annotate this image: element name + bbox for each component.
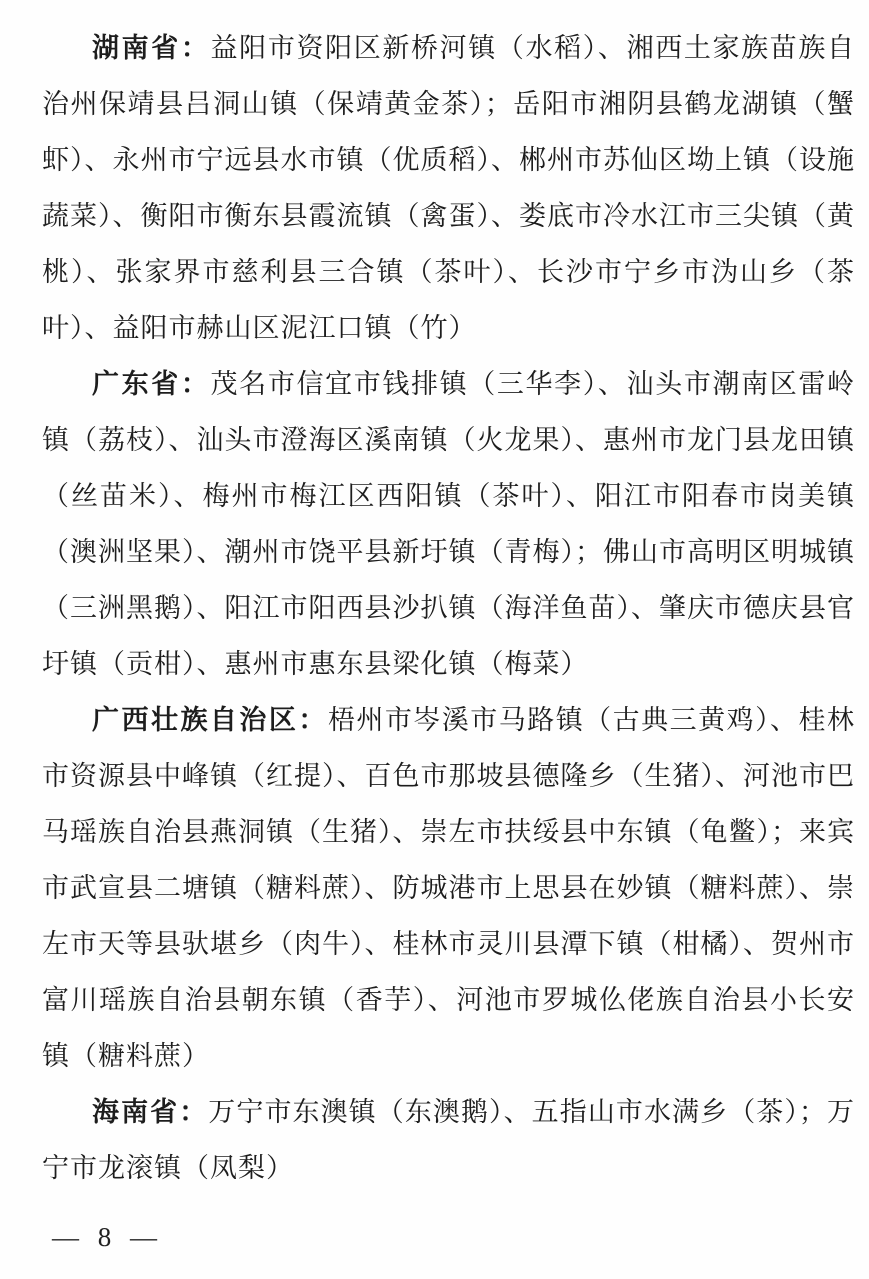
paragraph-text-hunan: 益阳市资阳区新桥河镇（水稻）、湘西土家族苗族自治州保靖县吕洞山镇（保靖黄金茶）；… bbox=[42, 33, 855, 343]
page-footer: — 8 — bbox=[52, 1222, 163, 1253]
province-label-guangdong: 广东省： bbox=[92, 369, 211, 399]
page-number: — 8 — bbox=[52, 1222, 163, 1252]
paragraph-hainan: 海南省：万宁市东澳镇（东澳鹅）、五指山市水满乡（茶）；万宁市龙滚镇（凤梨） bbox=[42, 1084, 855, 1196]
paragraph-text-guangxi: 梧州市岑溪市马路镇（古典三黄鸡）、桂林市资源县中峰镇（红提）、百色市那坡县德隆乡… bbox=[42, 705, 855, 1071]
province-label-guangxi: 广西壮族自治区： bbox=[92, 705, 328, 735]
paragraph-guangdong: 广东省：茂名市信宜市钱排镇（三华李）、汕头市潮南区雷岭镇（荔枝）、汕头市澄海区溪… bbox=[42, 356, 855, 692]
document-content: 湖南省：益阳市资阳区新桥河镇（水稻）、湘西土家族苗族自治州保靖县吕洞山镇（保靖黄… bbox=[0, 0, 869, 1196]
paragraph-hunan: 湖南省：益阳市资阳区新桥河镇（水稻）、湘西土家族苗族自治州保靖县吕洞山镇（保靖黄… bbox=[42, 20, 855, 356]
document-page: 湖南省：益阳市资阳区新桥河镇（水稻）、湘西土家族苗族自治州保靖县吕洞山镇（保靖黄… bbox=[0, 0, 869, 1279]
paragraph-text-guangdong: 茂名市信宜市钱排镇（三华李）、汕头市潮南区雷岭镇（荔枝）、汕头市澄海区溪南镇（火… bbox=[42, 369, 855, 679]
province-label-hainan: 海南省： bbox=[92, 1097, 208, 1127]
province-label-hunan: 湖南省： bbox=[92, 33, 211, 63]
paragraph-guangxi: 广西壮族自治区：梧州市岑溪市马路镇（古典三黄鸡）、桂林市资源县中峰镇（红提）、百… bbox=[42, 692, 855, 1084]
